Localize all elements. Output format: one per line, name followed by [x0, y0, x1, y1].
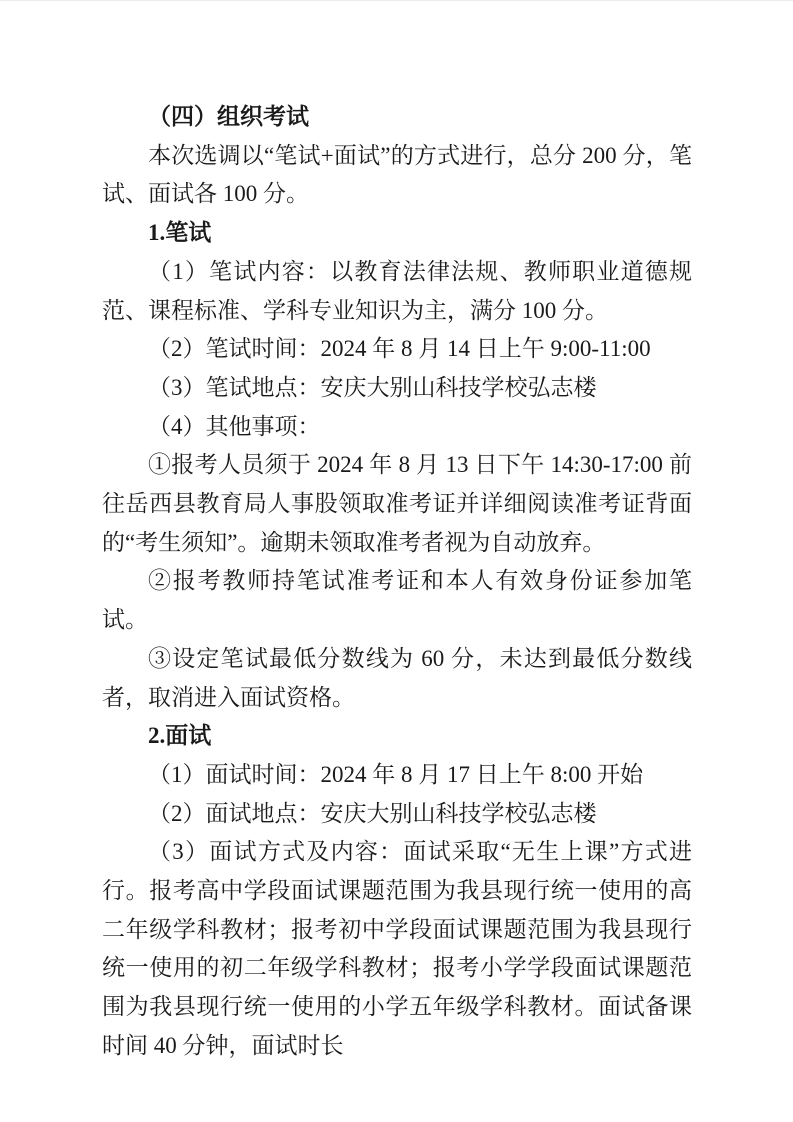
- para-written-time: （2）笔试时间：2024 年 8 月 14 日上午 9:00-11:00: [102, 330, 692, 369]
- para-interview-location: （2）面试地点：安庆大别山科技学校弘志楼: [102, 795, 692, 834]
- heading-interview: 2.面试: [102, 717, 692, 756]
- para-other-matters: （4）其他事项：: [102, 408, 692, 447]
- section-heading-organize-exam: （四）组织考试: [102, 98, 692, 137]
- heading-written-test: 1.笔试: [102, 214, 692, 253]
- para-exam-overview: 本次选调以“笔试+面试”的方式进行，总分 200 分，笔试、面试各 100 分。: [102, 137, 692, 214]
- para-written-location: （3）笔试地点：安庆大别山科技学校弘志楼: [102, 369, 692, 408]
- para-item-2-id-required: ②报考教师持笔试准考证和本人有效身份证参加笔试。: [102, 562, 692, 639]
- document-page: （四）组织考试本次选调以“笔试+面试”的方式进行，总分 200 分，笔试、面试各…: [0, 0, 793, 1122]
- para-item-3-minimum-score: ③设定笔试最低分数线为 60 分，未达到最低分数线者，取消进入面试资格。: [102, 640, 692, 717]
- document-body: （四）组织考试本次选调以“笔试+面试”的方式进行，总分 200 分，笔试、面试各…: [102, 98, 692, 1066]
- para-item-1-admission-ticket: ①报考人员须于 2024 年 8 月 13 日下午 14:30-17:00 前往…: [102, 446, 692, 562]
- para-interview-method: （3）面试方式及内容：面试采取“无生上课”方式进行。报考高中学段面试课题范围为我…: [102, 833, 692, 1065]
- para-interview-time: （1）面试时间：2024 年 8 月 17 日上午 8:00 开始: [102, 756, 692, 795]
- para-written-content: （1）笔试内容：以教育法律法规、教师职业道德规范、课程标准、学科专业知识为主，满…: [102, 253, 692, 330]
